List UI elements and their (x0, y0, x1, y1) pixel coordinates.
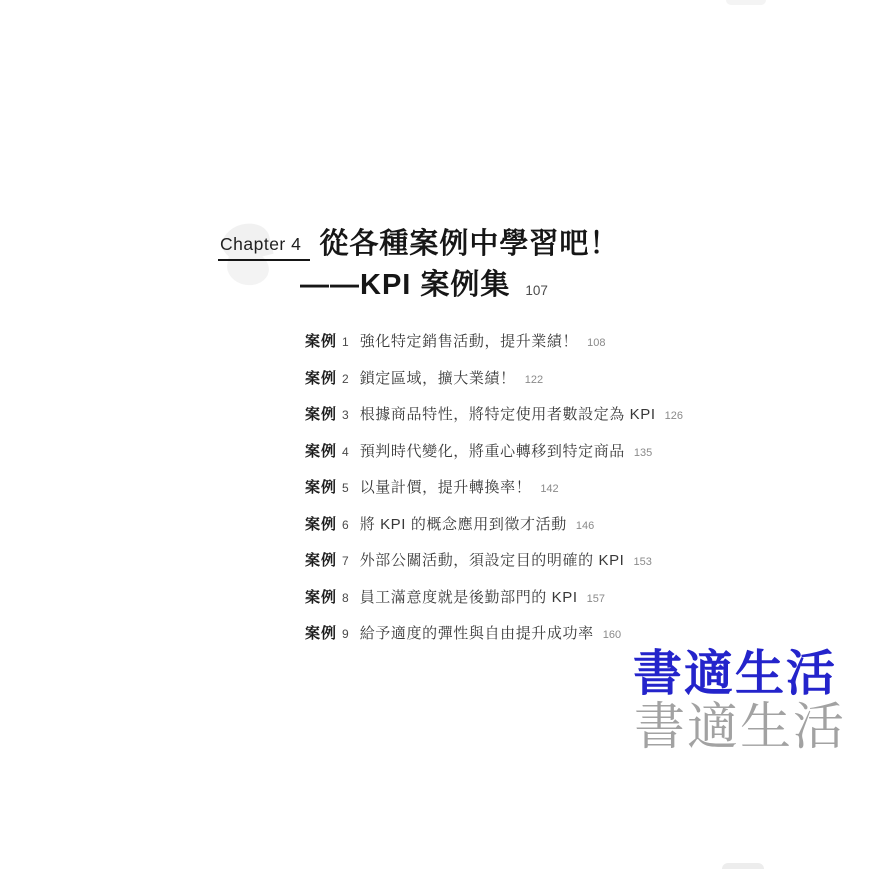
case-number: 4 (342, 445, 349, 459)
case-page-number: 126 (665, 410, 683, 422)
book-toc-page: Chapter 4 從各種案例中學習吧！ ——KPI 案例集 107 案例 1 … (0, 0, 869, 869)
page-edge-smudge-top (726, 0, 766, 5)
case-title: 鎖定區域，擴大業績！ (360, 367, 516, 388)
case-page-number: 153 (633, 556, 651, 568)
toc-item: 案例 6 將 KPI 的概念應用到徵才活動 146 (305, 513, 683, 550)
case-label: 案例 (305, 549, 337, 570)
chapter-header: Chapter 4 從各種案例中學習吧！ ——KPI 案例集 107 (218, 229, 619, 302)
case-title: 強化特定銷售活動，提升業績！ (360, 330, 578, 351)
store-watermark-gray: 書適生活 (634, 702, 846, 753)
toc-item: 案例 2 鎖定區域，擴大業績！ 122 (305, 367, 683, 404)
case-number: 9 (342, 627, 349, 641)
case-page-number: 160 (603, 629, 621, 641)
toc-list: 案例 1 強化特定銷售活動，提升業績！ 108 案例 2 鎖定區域，擴大業績！ … (305, 330, 683, 659)
toc-item: 案例 1 強化特定銷售活動，提升業績！ 108 (305, 330, 683, 367)
case-title: 給予適度的彈性與自由提升成功率 (360, 622, 594, 643)
case-number: 8 (342, 591, 349, 605)
toc-item: 案例 7 外部公關活動，須設定目的明確的 KPI 153 (305, 549, 683, 586)
case-title: 以量計價，提升轉換率！ (360, 476, 532, 497)
case-title: 員工滿意度就是後勤部門的 KPI (360, 586, 578, 607)
case-title: 將 KPI 的概念應用到徵才活動 (360, 513, 567, 534)
case-number: 1 (342, 335, 349, 349)
case-label: 案例 (305, 367, 337, 388)
toc-item: 案例 9 給予適度的彈性與自由提升成功率 160 (305, 622, 683, 659)
toc-item: 案例 8 員工滿意度就是後勤部門的 KPI 157 (305, 586, 683, 623)
case-label: 案例 (305, 403, 337, 424)
case-page-number: 135 (634, 447, 652, 459)
toc-item: 案例 5 以量計價，提升轉換率！ 142 (305, 476, 683, 513)
chapter-label: Chapter 4 (218, 234, 310, 261)
case-page-number: 122 (525, 374, 543, 386)
toc-item: 案例 3 根據商品特性，將特定使用者數設定為 KPI 126 (305, 403, 683, 440)
case-label: 案例 (305, 586, 337, 607)
case-label: 案例 (305, 622, 337, 643)
case-title: 預判時代變化，將重心轉移到特定商品 (360, 440, 625, 461)
case-number: 2 (342, 372, 349, 386)
case-label: 案例 (305, 330, 337, 351)
case-label: 案例 (305, 513, 337, 534)
case-number: 5 (342, 481, 349, 495)
chapter-page-number: 107 (525, 283, 548, 302)
case-page-number: 157 (587, 593, 605, 605)
chapter-title-line2: ——KPI 案例集 (300, 270, 510, 302)
case-title: 外部公關活動，須設定目的明確的 KPI (360, 549, 625, 570)
case-label: 案例 (305, 476, 337, 497)
chapter-title-line1: 從各種案例中學習吧！ (319, 229, 619, 261)
case-number: 3 (342, 408, 349, 422)
store-watermark-blue: 書適生活 (633, 649, 837, 698)
case-number: 6 (342, 518, 349, 532)
case-number: 7 (342, 554, 349, 568)
page-edge-smudge-bottom (722, 863, 764, 869)
toc-item: 案例 4 預判時代變化，將重心轉移到特定商品 135 (305, 440, 683, 477)
case-title: 根據商品特性，將特定使用者數設定為 KPI (360, 403, 656, 424)
case-page-number: 142 (540, 483, 558, 495)
case-label: 案例 (305, 440, 337, 461)
case-page-number: 146 (576, 520, 594, 532)
case-page-number: 108 (587, 337, 605, 349)
